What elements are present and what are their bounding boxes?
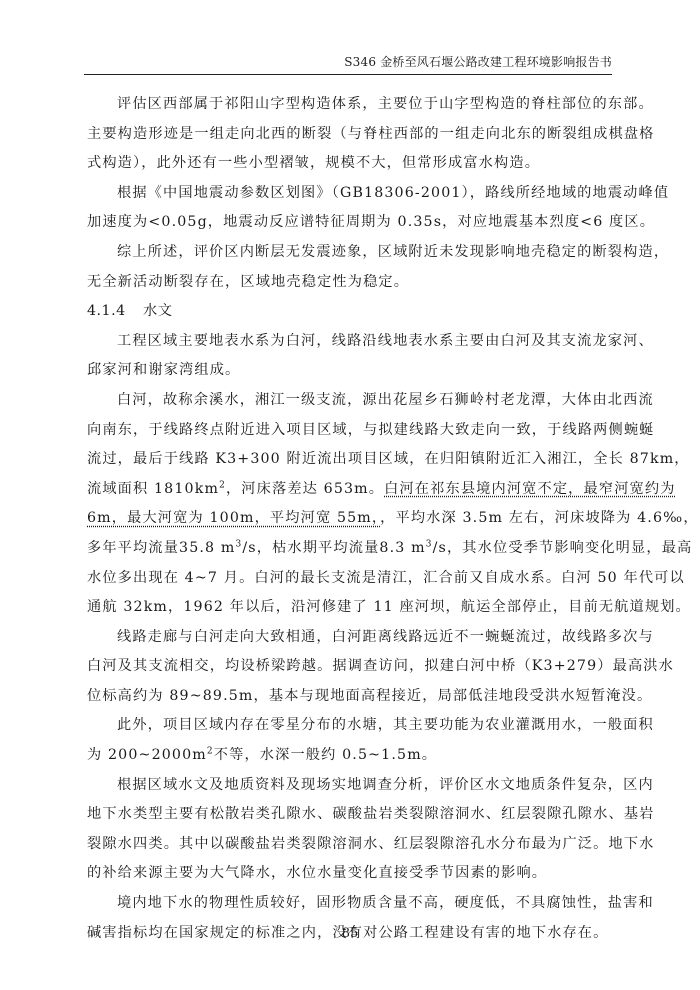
text-line: 裂隙水四类。其中以碳酸盐岩类裂隙溶洞水、红层裂隙溶孔水分布最为广泛。地下水 bbox=[87, 830, 613, 860]
text-line: 评估区西部属于祁阳山字型构造体系，主要位于山字型构造的脊柱部位的东部。 bbox=[87, 90, 613, 120]
text-run: 不等，水深一般约 0.5~1.5m。 bbox=[214, 747, 437, 763]
superscript: 2 bbox=[207, 746, 214, 756]
text-line: 工程区域主要地表水系为白河，线路沿线地表水系主要由白河及其支流龙家河、 bbox=[87, 327, 613, 357]
text-line: 根据《中国地震动参数区划图》（GB18306-2001），路线所经地域的地震动峰… bbox=[87, 179, 613, 209]
text-run: ，河床落差达 653m。 bbox=[226, 481, 384, 497]
text-line: 的补给来源主要为大气降水，水位水量变化直接受季节因素的影响。 bbox=[87, 859, 613, 889]
superscript: 3 bbox=[426, 539, 433, 549]
text-run: ，平均水深 3.5m 左右，河床坡降为 4.6‰， bbox=[380, 510, 699, 526]
text-run: 多年平均流量35.8 m bbox=[87, 540, 235, 556]
text-line: 境内地下水的物理性质较好，固形物质含量不高，硬度低，不具腐蚀性，盐害和 bbox=[87, 889, 613, 919]
text-line: 地下水类型主要有松散岩类孔隙水、碳酸盐岩类裂隙溶洞水、红层裂隙孔隙水、基岩 bbox=[87, 800, 613, 830]
text-line: 邱家河和谢家湾组成。 bbox=[87, 356, 613, 386]
text-line: 主要构造形迹是一组走向北西的断裂（与脊柱西部的一组走向北东的断裂组成棋盘格 bbox=[87, 120, 613, 150]
page-number: 85 bbox=[0, 926, 700, 941]
underlined-text: 白河在祁东县境内河宽不定，最窄河宽约为 bbox=[384, 481, 675, 497]
text-line: 线路走廊与白河走向大致相通，白河距离线路远近不一蜿蜒流过，故线路多次与 bbox=[87, 623, 613, 653]
section-title: 水文 bbox=[143, 303, 172, 319]
text-line: 白河及其支流相交，均设桥梁跨越。据调查访问，拟建白河中桥（K3+279）最高洪水 bbox=[87, 652, 613, 682]
text-run: /s，枯水期平均流量8.3 m bbox=[242, 540, 425, 556]
section-number: 4.1.4 bbox=[87, 297, 143, 327]
text-run: 流域面积 1810km bbox=[87, 481, 219, 497]
text-line: 向南东，于线路终点附近进入项目区域，与拟建线路大致走向一致，于线路两侧蜿蜒 bbox=[87, 416, 613, 446]
text-line: 白河，故称余溪水，湘江一级支流，源出花屋乡石狮岭村老龙潭，大体由北西流 bbox=[87, 386, 613, 416]
text-line: 通航 32km，1962 年以后，沿河修建了 11 座河坝，航运全部停止，目前无… bbox=[87, 593, 613, 623]
text-line: 为 200~2000m2不等，水深一般约 0.5~1.5m。 bbox=[87, 741, 613, 771]
text-line: 水位多出现在 4~7 月。白河的最长支流是清江，汇合前又自成水系。白河 50 年… bbox=[87, 564, 613, 594]
text-line: 综上所述，评价区内断层无发震迹象，区域附近未发现影响地壳稳定的断裂构造， bbox=[87, 238, 613, 268]
superscript: 2 bbox=[219, 480, 226, 490]
text-line: 流过，最后于线路 K3+300 附近流出项目区域，在归阳镇附近汇入湘江，全长 8… bbox=[87, 445, 613, 475]
underlined-text: 6m，最大河宽为 100m，平均河宽 55m， bbox=[87, 510, 380, 526]
text-line: 加速度为<0.05g，地震动反应谱特征周期为 0.35s，对应地震基本烈度<6 … bbox=[87, 208, 613, 238]
text-run: /s，其水位受季节影响变化明显，最高 bbox=[433, 540, 693, 556]
page-header: S346 金桥至风石堰公路改建工程环境影响报告书 bbox=[84, 48, 612, 75]
text-run: 为 200~2000m bbox=[87, 747, 207, 763]
text-line: 此外，项目区域内存在零星分布的水塘，其主要功能为农业灌溉用水，一般面积 bbox=[87, 711, 613, 741]
text-line: 流域面积 1810km2，河床落差达 653m。白河在祁东县境内河宽不定，最窄河… bbox=[87, 475, 613, 505]
text-line: 6m，最大河宽为 100m，平均河宽 55m，，平均水深 3.5m 左右，河床坡… bbox=[87, 504, 613, 534]
document-title: S346 金桥至风石堰公路改建工程环境影响报告书 bbox=[344, 53, 612, 70]
section-heading: 4.1.4水文 bbox=[87, 297, 613, 327]
text-line: 位标高约为 89~89.5m，基本与现地面高程接近，局部低洼地段受洪水短暂淹没。 bbox=[87, 682, 613, 712]
page-body: 评估区西部属于祁阳山字型构造体系，主要位于山字型构造的脊柱部位的东部。 主要构造… bbox=[87, 90, 613, 948]
text-line: 多年平均流量35.8 m3/s，枯水期平均流量8.3 m3/s，其水位受季节影响… bbox=[87, 534, 613, 564]
text-line: 无全新活动断裂存在，区域地壳稳定性为稳定。 bbox=[87, 268, 613, 298]
text-line: 根据区域水文及地质资料及现场实地调查分析，评价区水文地质条件复杂，区内 bbox=[87, 771, 613, 801]
text-line: 式构造），此外还有一些小型褶皱，规模不大，但常形成富水构造。 bbox=[87, 149, 613, 179]
